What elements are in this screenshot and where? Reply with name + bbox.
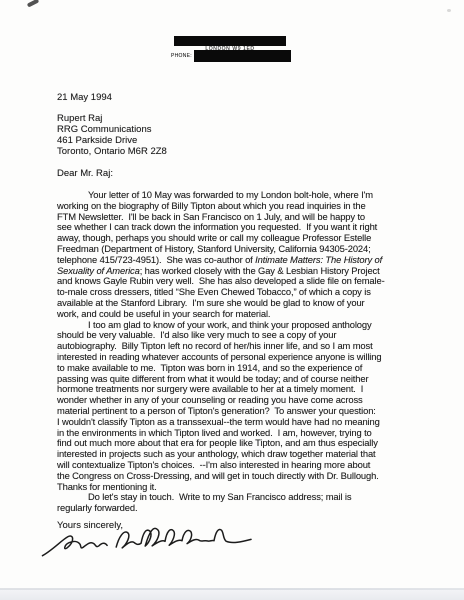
letter-page: LONDON W9 1ED PHONE: 21 May 1994 Rupert … [0,0,464,589]
body-text-segment: available at the Stanford Library. I'm s… [57,297,365,308]
body-text-segment: the Congress on Cross-Dressing, and will… [57,470,379,481]
body-text-segment: Intimate Matters: The History of [255,254,382,265]
body-text-segment: ; has worked closely with the Gay & Lesb… [140,265,380,276]
body-text-segment: see whether I can track down the informa… [57,221,377,232]
body-text-segment: regularly forwarded. [57,502,137,513]
body-text-segment: interested in projects such as your anth… [57,448,376,459]
body-text-segment: Sexuality of America [57,265,140,276]
body-text-segment: I too am glad to know of your work, and … [88,319,372,330]
signature [40,524,254,558]
body-text-segment: to make available to me. Tipton was born… [57,362,362,373]
letterhead-phone-label: PHONE: [171,53,192,59]
body-text-segment: Freedman (Department of History, Stanfor… [57,243,371,254]
body-text-segment: I wouldn't classify Tipton as a transsex… [57,416,380,427]
letter-body: Your letter of 10 May was forwarded to m… [57,190,385,514]
scanner-background [0,590,464,600]
body-text-segment: Do let's stay in touch. Write to my San … [88,491,351,502]
recipient-name: Rupert Raj [57,113,167,124]
body-text-segment: hormone treatments nor surgery were avai… [57,383,363,394]
body-text-segment: Your letter of 10 May was forwarded to m… [88,189,373,200]
salutation: Dear Mr. Raj: [57,168,113,179]
redacted-address-bar [174,36,286,46]
body-text-segment: interested in reading whatever accounts … [57,351,381,362]
body-text-segment: will contextualize Tipton's choices. --I… [57,459,370,470]
body-text-segment: should be very valuable. I'd also like v… [57,329,336,340]
recipient-street: 461 Parkside Drive [57,135,167,146]
body-line: regularly forwarded. [57,503,385,514]
redacted-phone-bar [194,50,291,62]
scan-artifact-speck [447,9,451,12]
body-text-segment: autobiography. Billy Tipton left no reco… [57,340,373,351]
body-text-segment: passing was quite different from what it… [57,373,369,384]
body-text-segment: in the environments in which Tipton live… [57,427,372,438]
scan-artifact-mark [27,0,40,8]
body-text-segment: Thanks for mentioning it. [57,481,157,492]
recipient-address: Rupert Raj RRG Communications 461 Parksi… [57,113,167,157]
body-text-segment: work, and could be useful in your search… [57,308,270,319]
body-text-segment: material pertinent to a person of Tipton… [57,405,376,416]
body-text-segment: telephone 415/723-4951). She was co-auth… [57,254,255,265]
body-text-segment: to-male cross dressers, titled “She Even… [57,286,371,297]
body-text-segment: and knows Gayle Rubin very well. She has… [57,275,385,286]
letter-date: 21 May 1994 [57,92,112,103]
recipient-city: Toronto, Ontario M6R 2Z8 [57,146,167,157]
body-text-segment: find out much more about that era for pe… [57,437,378,448]
signature-scrawl [39,520,254,561]
body-text-segment: working on the biography of Billy Tipton… [57,200,366,211]
recipient-company: RRG Communications [57,124,167,135]
body-text-segment: FTM Newsletter. I'll be back in San Fran… [57,211,365,222]
body-text-segment: away, though, perhaps you should write o… [57,232,371,243]
body-text-segment: wonder whether in any of your counseling… [57,394,363,405]
